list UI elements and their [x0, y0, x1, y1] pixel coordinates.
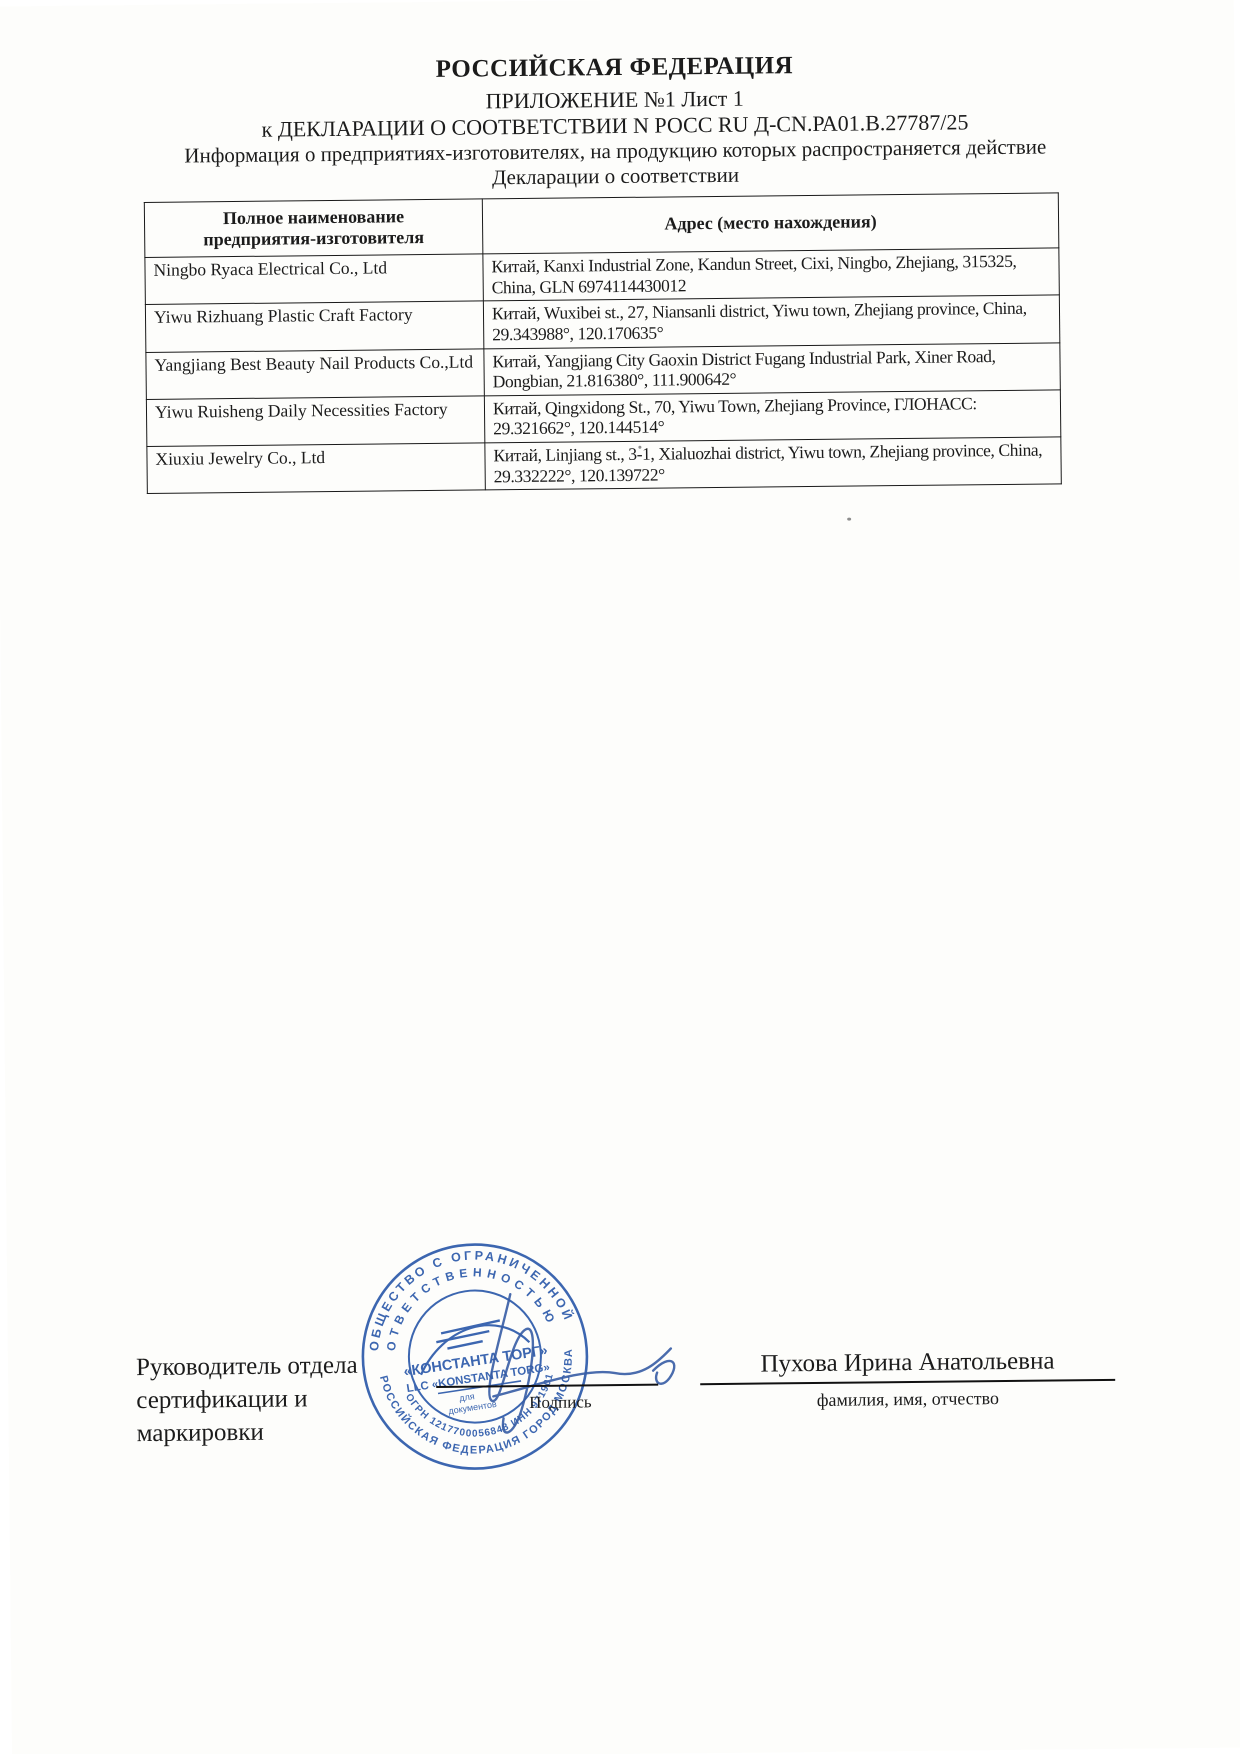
name-line: [700, 1379, 1115, 1385]
manufacturer-name-cell: Yangjiang Best Beauty Nail Products Co.,…: [146, 348, 484, 399]
company-stamp: ОБЩЕСТВО С ОГРАНИЧЕННОЙ ОТВЕТСТВЕННОСТЬЮ…: [357, 1238, 593, 1474]
name-caption: фамилия, имя, отчество: [700, 1387, 1115, 1412]
document-sheet: РОССИЙСКАЯ ФЕДЕРАЦИЯ ПРИЛОЖЕНИЕ №1 Лист …: [0, 0, 1240, 1754]
manufacturer-address-cell: Китай, Yangjiang City Gaoxin District Fu…: [484, 342, 1060, 395]
signature-caption: Подпись: [500, 1392, 620, 1413]
table-header-row: Полное наименование предприятия-изготови…: [144, 193, 1059, 258]
manufacturer-name-cell: Yiwu Rizhuang Plastic Craft Factory: [145, 301, 483, 352]
manufacturer-name-cell: Yiwu Ruisheng Daily Necessities Factory: [146, 396, 484, 447]
table-header-address: Адрес (место нахождения): [482, 193, 1059, 254]
manufacturers-table: Полное наименование предприятия-изготови…: [144, 192, 1062, 494]
manufacturer-address-cell: Китай, Qingxidong St., 70, Yiwu Town, Zh…: [484, 390, 1060, 443]
scan-speck: [638, 446, 641, 449]
signer-name: Пухова Ирина Анатольевна: [700, 1347, 1115, 1379]
manufacturer-name-cell: Xiuxiu Jewelry Co., Ltd: [147, 443, 485, 494]
manufacturer-address-cell: Китай, Kanxi Industrial Zone, Kandun Str…: [483, 248, 1059, 301]
document-header: РОССИЙСКАЯ ФЕДЕРАЦИЯ ПРИЛОЖЕНИЕ №1 Лист …: [0, 48, 1236, 196]
manufacturer-address-cell: Китай, Linjiang st., 3-1, Xialuozhai dis…: [485, 437, 1061, 490]
table-row: Xiuxiu Jewelry Co., Ltd Китай, Linjiang …: [147, 437, 1061, 494]
table-header-name: Полное наименование предприятия-изготови…: [144, 199, 483, 258]
scan-speck: [847, 518, 851, 521]
manufacturer-name-cell: Ningbo Ryaca Electrical Co., Ltd: [145, 254, 483, 305]
stamp-for-documents-2: документов: [448, 1399, 498, 1416]
manufacturer-address-cell: Китай, Wuxibei st., 27, Niansanli distri…: [483, 295, 1059, 348]
